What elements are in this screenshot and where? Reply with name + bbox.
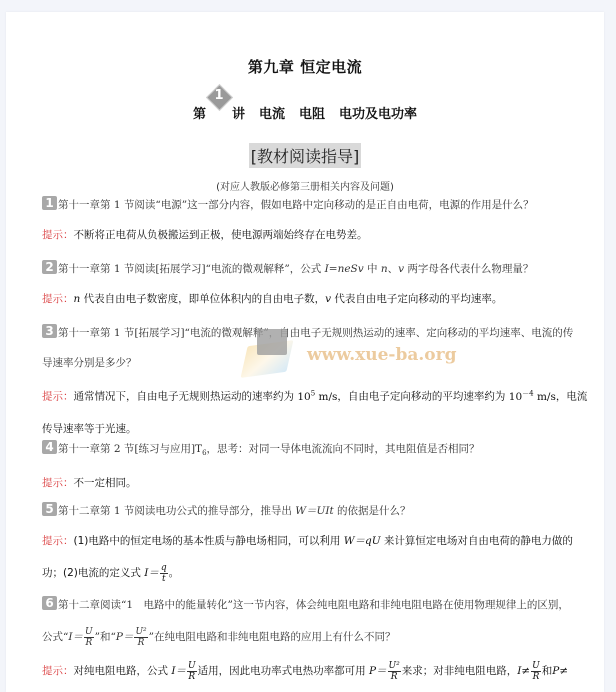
- hint-body: (1)电路中的恒定电场的基本性质与静电场相同，可以利用: [74, 535, 344, 547]
- question-text: 6第十二章阅读“1 电路中的能量转化”这一节内容，体会纯电阻电路和非纯电阻电路在…: [42, 590, 590, 620]
- question-body: 两字母各代表什么物理量？: [404, 263, 533, 275]
- hint-body: 代表自由电子数密度，即单位体积内的自由电子数，: [80, 293, 325, 305]
- fraction: UR: [187, 661, 197, 666]
- denominator: R: [84, 638, 94, 648]
- question-text: 5第十二章第 1 节阅读电功公式的推导部分，推导出 W＝UIt 的依据是什么？: [42, 496, 590, 526]
- question-item: 1第十一章第 1 节阅读“电源”这一部分内容，假如电路中定向移动的是正自由电荷，…: [42, 190, 590, 250]
- value-exp: －4: [522, 389, 533, 397]
- question-body: 第十一章第 2 节[练习与应用]T: [58, 443, 202, 455]
- formula: W＝qU: [344, 535, 381, 547]
- fraction: U²R: [134, 627, 147, 648]
- question-text: 1第十一章第 1 节阅读“电源”这一部分内容，假如电路中定向移动的是正自由电荷，…: [42, 190, 590, 220]
- hint-text: 提示：n 代表自由电子数密度，即单位体积内的自由电子数，v 代表自由电子定向移动…: [42, 284, 590, 314]
- question-body: 的依据是什么？: [334, 505, 411, 517]
- hint-body: 不一定相同。: [74, 477, 137, 489]
- question-item: 6第十二章阅读“1 电路中的能量转化”这一节内容，体会纯电阻电路和非纯电阻电路在…: [42, 590, 590, 665]
- lecture-topic: 电功及电功率: [339, 107, 417, 122]
- hint-body: ，自由电子定向移动的平均速率约为: [337, 391, 508, 403]
- hint-label: 提示：: [42, 535, 74, 547]
- denominator: t: [160, 574, 168, 584]
- denominator: R: [134, 638, 147, 648]
- value-base: 10: [509, 391, 522, 403]
- question-number-badge: 6: [42, 596, 57, 610]
- question-number-badge: 2: [42, 260, 57, 274]
- formula: I=neSv: [325, 263, 364, 275]
- question-body: 第十二章阅读“1 电路中的能量转化”这一节内容，体会纯电阻电路和非纯电阻电路在使…: [58, 599, 569, 611]
- unit: m/s: [315, 391, 337, 403]
- guide-title-text: [教材阅读指导]: [249, 143, 362, 168]
- question-number-badge: 1: [42, 196, 57, 210]
- chapter-title: 第九章 恒定电流: [6, 56, 604, 77]
- hint-label: 提示：: [42, 293, 74, 305]
- numerator: U: [531, 661, 541, 666]
- question-item: 3第十一章第 1 节[拓展学习]“电流的微观解释”，自由电子无规则热运动的速率、…: [42, 318, 590, 446]
- question-body: 第十一章第 1 节[拓展学习]“电流的微观解释”，自由电子无规则热运动的速率、定…: [58, 327, 573, 339]
- question-item: 5第十二章第 1 节阅读电功公式的推导部分，推导出 W＝UIt 的依据是什么？ …: [42, 496, 590, 590]
- lecture-prefix: 第: [193, 107, 206, 122]
- question-number-badge: 5: [42, 502, 57, 516]
- formula: W＝UIt: [295, 505, 334, 517]
- fraction: U²R: [388, 661, 401, 666]
- hint-text-line2: 功；(2)电流的定义式 I＝qt。: [42, 556, 590, 590]
- fraction: UR: [531, 661, 541, 666]
- numerator: U: [187, 661, 197, 666]
- question-item: 4第十一章第 2 节[练习与应用]T6，思考：对同一导体电流流向不同时，其电阻值…: [42, 434, 590, 498]
- question-body: ”和“: [95, 631, 116, 643]
- lecture-number: 1: [206, 88, 232, 103]
- lecture-topic: 电流: [259, 107, 285, 122]
- numerator: q: [160, 563, 168, 574]
- lecture-topic: 电阻: [299, 107, 325, 122]
- document-page: 第九章 恒定电流 第1讲电流电阻电功及电功率 [教材阅读指导] (对应人教版必修…: [6, 12, 604, 665]
- value-base: 10: [297, 391, 310, 403]
- fraction: UR: [84, 627, 94, 648]
- hint-text: 提示：(1)电路中的恒定电场的基本性质与静电场相同，可以利用 W＝qU 来计算恒…: [42, 526, 590, 556]
- numerator: U²: [134, 627, 147, 638]
- question-body: 中: [364, 263, 381, 275]
- question-body: 第十一章第 1 节阅读“电源”这一部分内容，假如电路中定向移动的是正自由电荷，电…: [58, 199, 534, 211]
- hint-text: 提示：不一定相同。: [42, 468, 590, 498]
- lecture-suffix: 讲: [232, 107, 245, 122]
- question-text: 2第十一章第 1 节阅读[拓展学习]“电流的微观解释”，公式 I=neSv 中 …: [42, 254, 590, 284]
- hint-text: 提示：对纯电阻电路，公式 I＝UR适用，因此电功率式电热功率都可用 P＝U²R来…: [42, 654, 590, 665]
- fraction: qt: [160, 563, 168, 584]
- hint-label: 提示：: [42, 477, 74, 489]
- hint-body: 来计算恒定电场对自由电荷的静电力做的: [381, 535, 573, 547]
- value: 10－4 m/s: [509, 391, 556, 403]
- question-text-line2: 公式“I＝UR”和“P＝U²R”在纯电阻电路和非纯电阻电路的应用上有什么不同？: [42, 620, 590, 654]
- formula: P＝: [116, 631, 134, 643]
- hint-text: 提示：不断将正电荷从负极搬运到正极，使电源两端始终存在电势差。: [42, 220, 590, 250]
- lecture-number-diamond-icon: 1: [206, 98, 232, 120]
- question-body: ”在纯电阻电路和非纯电阻电路的应用上有什么不同？: [149, 631, 396, 643]
- hint-text: 提示：通常情况下，自由电子无规则热运动的速率约为 105 m/s，自由电子定向移…: [42, 378, 590, 412]
- hint-body: 不断将正电荷从负极搬运到正极，使电源两端始终存在电势差。: [74, 229, 368, 241]
- question-number-badge: 3: [42, 324, 57, 338]
- question-body: 第十一章第 1 节阅读[拓展学习]“电流的微观解释”，公式: [58, 263, 325, 275]
- formula: I＝: [144, 567, 159, 579]
- question-number-badge: 4: [42, 440, 57, 454]
- question-text: 4第十一章第 2 节[练习与应用]T6，思考：对同一导体电流流向不同时，其电阻值…: [42, 434, 590, 468]
- lecture-title: 第1讲电流电阻电功及电功率: [6, 98, 604, 122]
- hint-body: ，电流: [556, 391, 588, 403]
- hint-label: 提示：: [42, 391, 74, 403]
- guide-title: [教材阅读指导]: [6, 143, 604, 168]
- value: 105 m/s: [297, 391, 337, 403]
- numerator: U²: [388, 661, 401, 666]
- question-item: 2第十一章第 1 节阅读[拓展学习]“电流的微观解释”，公式 I=neSv 中 …: [42, 254, 590, 314]
- question-body: 第十二章第 1 节阅读电功公式的推导部分，推导出: [58, 505, 295, 517]
- hint-label: 提示：: [42, 229, 74, 241]
- hint-body: 代表自由电子定向移动的平均速率。: [331, 293, 502, 305]
- hint-body: 。: [169, 567, 180, 579]
- hint-body: 功；(2)电流的定义式: [42, 567, 144, 579]
- question-body: 公式“: [42, 631, 68, 643]
- question-body: 、: [388, 263, 399, 275]
- question-text-line2: 导速率分别是多少？: [42, 348, 590, 378]
- question-body: ，思考：对同一导体电流流向不同时，其电阻值是否相同？: [207, 443, 480, 455]
- numerator: U: [84, 627, 94, 638]
- variable: n: [381, 263, 388, 275]
- hint-body: 通常情况下，自由电子无规则热运动的速率约为: [74, 391, 298, 403]
- unit: m/s: [534, 391, 556, 403]
- question-text: 3第十一章第 1 节[拓展学习]“电流的微观解释”，自由电子无规则热运动的速率、…: [42, 318, 590, 348]
- formula: I＝: [68, 631, 83, 643]
